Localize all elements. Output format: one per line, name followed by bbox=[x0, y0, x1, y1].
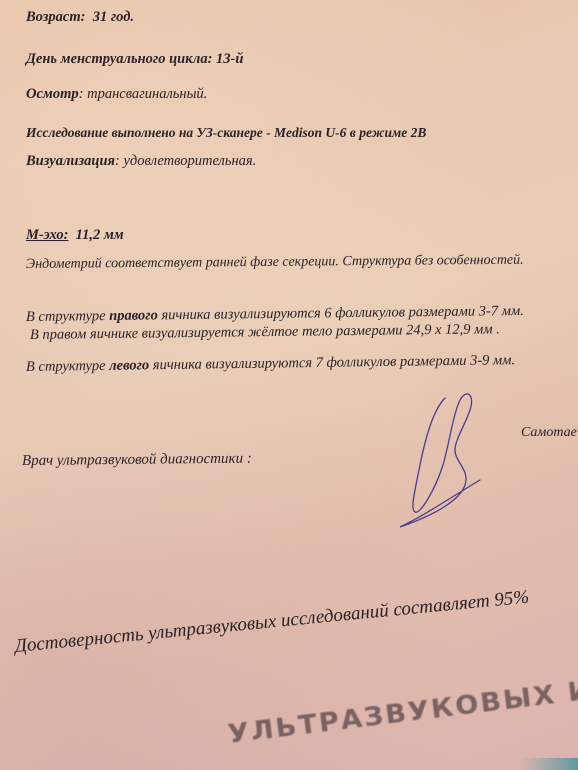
paper-lighting bbox=[0, 0, 578, 770]
right-ovary-side: правого bbox=[109, 307, 158, 324]
visualization-value: удовлетворительная. bbox=[123, 153, 256, 169]
m-echo-value: 11,2 мм bbox=[76, 227, 124, 243]
left-ovary-line: В структуре левого яичника визуализируют… bbox=[26, 352, 515, 376]
equipment-line: Исследование выполнено на УЗ-сканере - M… bbox=[26, 125, 426, 141]
exam-value: трансвагинальный. bbox=[87, 86, 207, 102]
reliability-note: Достоверность ультразвуковых исследовани… bbox=[14, 587, 530, 658]
age-label: Возраст: bbox=[26, 9, 85, 25]
endometrium-line: Эндометрий соответствует ранней фазе сек… bbox=[26, 253, 524, 273]
age-value: 31 год. bbox=[93, 9, 134, 25]
left-ovary-side: левого bbox=[109, 357, 149, 374]
doctor-name: Самотае bbox=[521, 425, 577, 441]
m-echo-label: М-эхо: bbox=[26, 227, 68, 243]
age-line: Возраст: 31 год. bbox=[26, 9, 134, 26]
stamp-text: УЛЬТРАЗВУКОВЫХ ИССЛ bbox=[226, 667, 578, 750]
signature-icon bbox=[385, 390, 515, 530]
exam-line: Осмотр: трансвагинальный. bbox=[26, 86, 207, 103]
right-ovary-post: яичника визуализируются 6 фолликулов раз… bbox=[161, 303, 524, 323]
cycle-day-value: 13-й bbox=[216, 51, 243, 67]
left-ovary-pre: В структуре bbox=[26, 358, 106, 375]
exam-label: Осмотр bbox=[26, 86, 79, 102]
exam-sep: : bbox=[79, 86, 84, 102]
doctor-label: Врач ультразвуковой диагностики : bbox=[22, 451, 252, 470]
visualization-line: Визуализация: удовлетворительная. bbox=[26, 153, 256, 170]
left-ovary-post: яичника визуализируются 7 фолликулов раз… bbox=[153, 352, 516, 373]
visualization-sep: : bbox=[115, 153, 120, 169]
right-ovary-pre: В структуре bbox=[26, 308, 106, 325]
cycle-day-line: День менструального цикла: 13-й bbox=[26, 51, 243, 68]
background-edge bbox=[520, 758, 578, 770]
m-echo-line: М-эхо: 11,2 мм bbox=[26, 227, 124, 244]
visualization-label: Визуализация bbox=[26, 153, 115, 169]
cycle-day-label: День менструального цикла: bbox=[26, 51, 212, 67]
